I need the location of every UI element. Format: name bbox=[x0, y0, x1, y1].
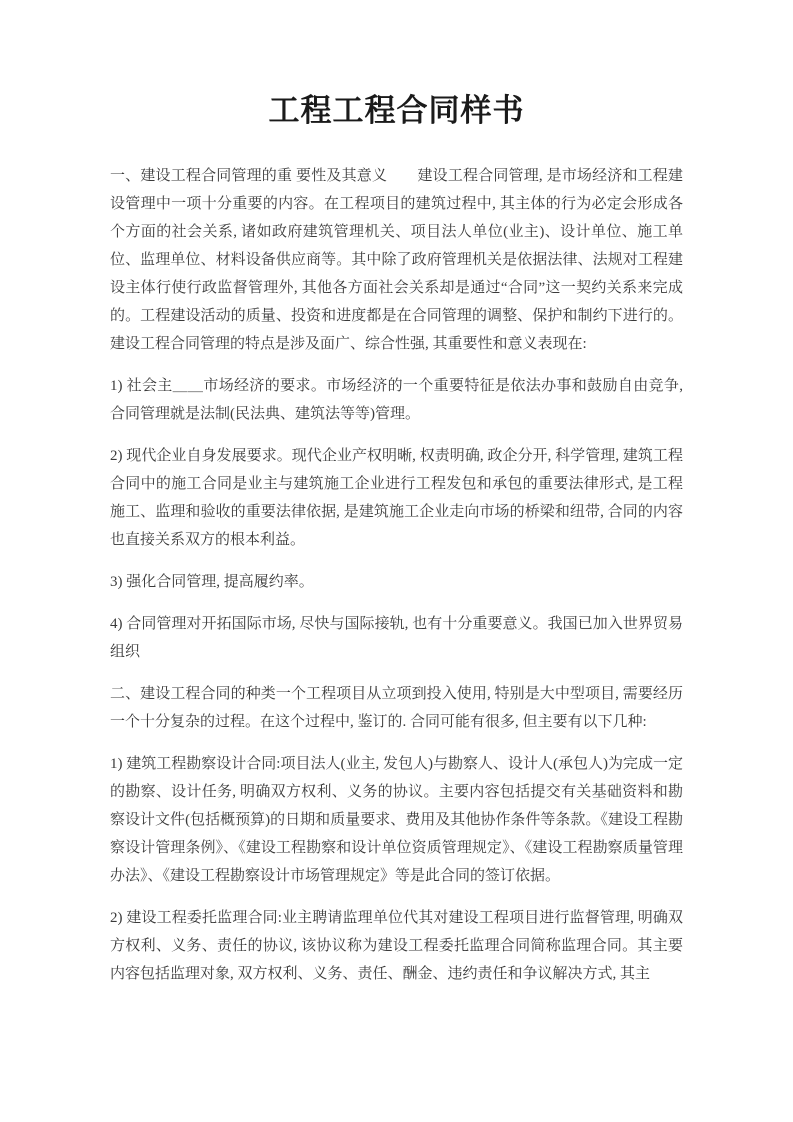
paragraph: 1) 建筑工程勘察设计合同:项目法人(业主, 发包人)与勘察人、设计人(承包人)… bbox=[110, 750, 683, 890]
paragraph: 2) 建设工程委托监理合同:业主聘请监理单位代其对建设工程项目进行监督管理, 明… bbox=[110, 904, 683, 988]
paragraph: 1) 社会主＿＿市场经济的要求。市场经济的一个重要特征是依法办事和鼓励自由竞争,… bbox=[110, 372, 683, 428]
paragraph: 二、建设工程合同的种类一个工程项目从立项到投入使用, 特别是大中型项目, 需要经… bbox=[110, 680, 683, 736]
paragraph: 2) 现代企业自身发展要求。现代企业产权明晰, 权责明确, 政企分开, 科学管理… bbox=[110, 442, 683, 554]
document-page: 工程工程合同样书 一、建设工程合同管理的重 要性及其意义 建设工程合同管理, 是… bbox=[0, 0, 793, 1122]
document-title: 工程工程合同样书 bbox=[0, 0, 793, 130]
paragraph: 一、建设工程合同管理的重 要性及其意义 建设工程合同管理, 是市场经济和工程建设… bbox=[110, 162, 683, 358]
paragraph: 3) 强化合同管理, 提高履约率。 bbox=[110, 568, 683, 596]
document-body: 一、建设工程合同管理的重 要性及其意义 建设工程合同管理, 是市场经济和工程建设… bbox=[110, 162, 683, 988]
paragraph: 4) 合同管理对开拓国际市场, 尽快与国际接轨, 也有十分重要意义。我国已加入世… bbox=[110, 610, 683, 666]
